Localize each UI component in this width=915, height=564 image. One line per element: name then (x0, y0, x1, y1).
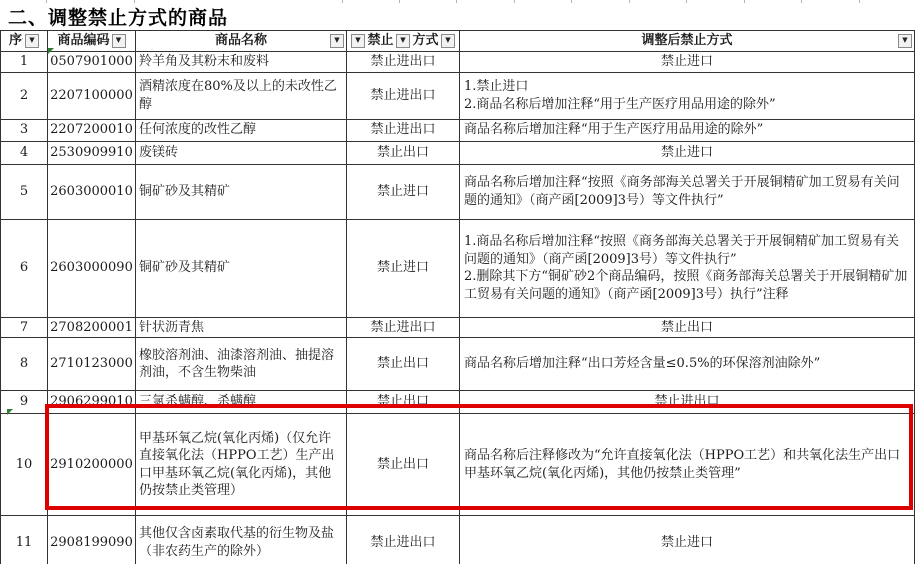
cell-method: 禁止进口 (347, 164, 460, 219)
cell-method: 禁止出口 (347, 391, 460, 414)
gridline-tick (686, 0, 687, 3)
table-row: 11 2908199090 其他仅含卤素取代基的衍生物及盐（非农药生产的除外） … (1, 516, 915, 564)
cell-code: 2207200010 (48, 119, 136, 141)
gridline-tick (801, 0, 802, 3)
gridline-tick (629, 0, 630, 3)
table-row: 2 2207100000 酒精浓度在80%及以上的未改性乙醇 禁止进出口 1.禁… (1, 72, 915, 119)
table-row: 8 2710123000 橡胶溶剂油、油漆溶剂油、抽提溶剂油，不含生物柴油 禁止… (1, 338, 915, 391)
filter-dropdown-icon[interactable]: ▼ (330, 34, 344, 48)
cell-no: 2 (1, 72, 48, 119)
gridline-tick (859, 0, 860, 3)
cell-adjusted: 1.商品名称后增加注释“按照《商务部海关总署关于开展铜精矿加工贸易有关问题的通知… (460, 219, 915, 317)
table-row: 6 2603000090 铜矿砂及其精矿 禁止进口 1.商品名称后增加注释“按照… (1, 219, 915, 317)
cell-no: 1 (1, 51, 48, 72)
table-row: 9 2906299010 三氯杀螨醇、杀螨醇 禁止出口 禁止进出口 (1, 391, 915, 414)
cell-name: 酒精浓度在80%及以上的未改性乙醇 (136, 72, 347, 119)
cell-code: 2910200000 (48, 414, 136, 516)
column-header-method-label1: 禁止 (367, 32, 393, 50)
cell-name: 废镁砖 (136, 141, 347, 164)
cell-adjusted: 商品名称后注释修改为“允许直接氧化法（HPPO工艺）和共氧化法生产出口甲基环氧乙… (460, 414, 915, 516)
gridline-tick (571, 0, 572, 3)
section-title: 二、调整禁止方式的商品 (8, 3, 228, 30)
cell-code: 2710123000 (48, 338, 136, 391)
column-header-name: 商品名称 ▼ (136, 31, 347, 52)
table-row: 7 2708200001 针状沥青焦 禁止进出口 禁止出口 (1, 317, 915, 338)
table-row: 1 0507901000 羚羊角及其粉末和废料 禁止进出口 禁止进口 (1, 51, 915, 72)
cell-adjusted: 禁止进口 (460, 141, 915, 164)
column-header-code-label: 商品编码 (57, 32, 109, 50)
cell-method: 禁止进出口 (347, 51, 460, 72)
cell-code: 2906299010 (48, 391, 136, 414)
column-header-no: 序号 ▼ (1, 31, 48, 52)
cell-adjusted: 商品名称后增加注释“出口芳烃含量≤0.5%的环保溶剂油除外” (460, 338, 915, 391)
cell-name: 橡胶溶剂油、油漆溶剂油、抽提溶剂油，不含生物柴油 (136, 338, 347, 391)
cell-no: 10 (1, 414, 48, 516)
cell-name: 铜矿砂及其精矿 (136, 164, 347, 219)
cell-name: 任何浓度的改性乙醇 (136, 119, 347, 141)
header-row: 序号 ▼ 商品编码 ▼ 商品名称 ▼ ▼ 禁止 ▼ 方式 ▼ (1, 31, 915, 52)
cell-adjusted: 商品名称后增加注释“按照《商务部海关总署关于开展铜精矿加工贸易有关问题的通知》（… (460, 164, 915, 219)
gridline-tick (744, 0, 745, 3)
table-row: 4 2530909910 废镁砖 禁止出口 禁止进口 (1, 141, 915, 164)
gridline-tick (456, 0, 457, 3)
prohibition-adjustment-table: 序号 ▼ 商品编码 ▼ 商品名称 ▼ ▼ 禁止 ▼ 方式 ▼ (0, 30, 915, 564)
cell-adjusted: 禁止出口 (460, 317, 915, 338)
spreadsheet-page: 二、调整禁止方式的商品 序号 ▼ 商品编码 ▼ 商品名称 ▼ ▼ 禁止 (0, 0, 915, 564)
cell-code: 2603000010 (48, 164, 136, 219)
column-header-method: ▼ 禁止 ▼ 方式 ▼ (347, 31, 460, 52)
column-header-adjusted-label: 调整后禁止方式 (641, 33, 732, 48)
cell-no: 6 (1, 219, 48, 317)
gridline-tick (342, 0, 343, 3)
cell-no: 5 (1, 164, 48, 219)
cell-name: 铜矿砂及其精矿 (136, 219, 347, 317)
adjusted-line: 1.商品名称后增加注释“按照《商务部海关总署关于开展铜精矿加工贸易有关问题的通知… (464, 233, 910, 268)
cell-method: 禁止进出口 (347, 72, 460, 119)
cell-name: 其他仅含卤素取代基的衍生物及盐（非农药生产的除外） (136, 516, 347, 564)
cell-adjusted: 商品名称后增加注释“用于生产医疗用品用途的除外” (460, 119, 915, 141)
cell-adjusted: 1.禁止进口 2.商品名称后增加注释“用于生产医疗用品用途的除外” (460, 72, 915, 119)
table-row: 3 2207200010 任何浓度的改性乙醇 禁止进出口 商品名称后增加注释“用… (1, 119, 915, 141)
adjusted-line: 2.商品名称后增加注释“用于生产医疗用品用途的除外” (464, 96, 910, 114)
cell-no: 7 (1, 317, 48, 338)
cell-method: 禁止进出口 (347, 516, 460, 564)
cell-adjusted: 禁止进出口 (460, 391, 915, 414)
column-header-name-label: 商品名称 (215, 33, 267, 48)
cell-error-indicator (48, 48, 54, 54)
cell-name: 三氯杀螨醇、杀螨醇 (136, 391, 347, 414)
filter-dropdown-icon[interactable]: ▼ (396, 34, 410, 48)
cell-name: 针状沥青焦 (136, 317, 347, 338)
cell-method: 禁止出口 (347, 338, 460, 391)
cell-code: 0507901000 (48, 51, 136, 72)
cell-name: 甲基环氧乙烷(氧化丙烯)（仅允许直接氧化法（HPPO工艺）生产出口甲基环氧乙烷(… (136, 414, 347, 516)
filter-dropdown-icon[interactable]: ▼ (898, 34, 912, 48)
filter-dropdown-icon[interactable]: ▼ (441, 34, 455, 48)
cell-code: 2908199090 (48, 516, 136, 564)
column-header-method-label2: 方式 (412, 32, 438, 50)
cell-no: 3 (1, 119, 48, 141)
filter-dropdown-icon[interactable]: ▼ (351, 34, 365, 48)
cell-method: 禁止进口 (347, 219, 460, 317)
gridline-tick (514, 0, 515, 3)
column-header-no-label: 序号 (9, 32, 23, 50)
cell-no: 4 (1, 141, 48, 164)
cell-code: 2603000090 (48, 219, 136, 317)
cell-name: 羚羊角及其粉末和废料 (136, 51, 347, 72)
cell-method: 禁止进出口 (347, 119, 460, 141)
filter-dropdown-icon[interactable]: ▼ (112, 34, 126, 48)
cell-adjusted: 禁止进口 (460, 516, 915, 564)
cell-method: 禁止出口 (347, 414, 460, 516)
table-row-highlighted: 10 2910200000 甲基环氧乙烷(氧化丙烯)（仅允许直接氧化法（HPPO… (1, 414, 915, 516)
cell-code: 2708200001 (48, 317, 136, 338)
cell-code: 2530909910 (48, 141, 136, 164)
filter-dropdown-icon[interactable]: ▼ (25, 34, 39, 48)
cell-error-indicator (7, 409, 13, 415)
cell-no: 8 (1, 338, 48, 391)
cell-adjusted: 禁止进口 (460, 51, 915, 72)
cell-no: 11 (1, 516, 48, 564)
cell-method: 禁止进出口 (347, 317, 460, 338)
adjusted-line: 1.禁止进口 (464, 78, 910, 96)
cell-code: 2207100000 (48, 72, 136, 119)
column-header-adjusted: 调整后禁止方式 ▼ (460, 31, 915, 52)
table-row: 5 2603000010 铜矿砂及其精矿 禁止进口 商品名称后增加注释“按照《商… (1, 164, 915, 219)
gridline-tick (399, 0, 400, 3)
column-header-code: 商品编码 ▼ (48, 31, 136, 52)
cell-method: 禁止出口 (347, 141, 460, 164)
adjusted-line: 2.删除其下方“铜矿砂2个商品编码，按照《商务部海关总署关于开展铜精矿加工贸易有… (464, 268, 910, 303)
